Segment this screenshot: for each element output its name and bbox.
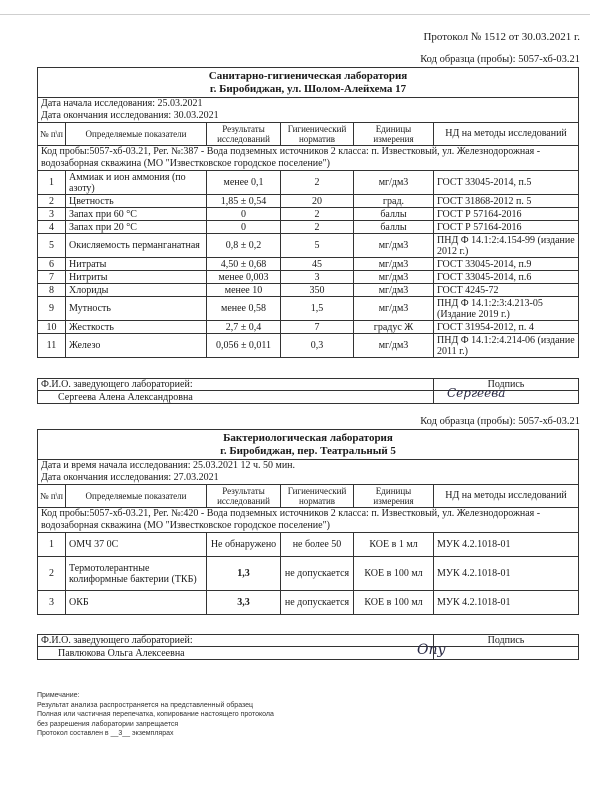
cell-norm: 7 <box>281 321 354 334</box>
cell-norm: 350 <box>281 284 354 297</box>
cell-unit: мг/дм3 <box>354 271 434 284</box>
cell-unit: баллы <box>354 208 434 221</box>
sample-code-bacterio: Код образца (пробы): 5057-хб-03.21 <box>420 416 580 427</box>
cell-name: Нитриты <box>66 271 207 284</box>
table-row: 11Железо0,056 ± 0,0110,3мг/дм3ПНД Ф 14.1… <box>38 334 579 358</box>
cell-norm: 20 <box>281 195 354 208</box>
cell-n: 5 <box>38 234 66 258</box>
cell-norm: 2 <box>281 171 354 195</box>
sample-description: Код пробы:5057-хб-03.21, Рег. №:387 - Во… <box>38 146 579 171</box>
cell-name: Нитраты <box>66 258 207 271</box>
cell-n: 11 <box>38 334 66 358</box>
cell-unit: мг/дм3 <box>354 234 434 258</box>
column-header: Результаты исследований <box>207 485 281 508</box>
cell-result: 2,7 ± 0,4 <box>207 321 281 334</box>
column-header: Гигиенический норматив <box>281 485 354 508</box>
cell-result: 0 <box>207 221 281 234</box>
notes-heading: Примечание: <box>37 691 274 701</box>
cell-name: Железо <box>66 334 207 358</box>
scan-top-edge <box>0 14 590 15</box>
cell-norm: 0,3 <box>281 334 354 358</box>
table-row: 3ОКБ3,3не допускаетсяКОЕ в 100 млМУК 4.2… <box>38 591 579 615</box>
table-row: 1ОМЧ 37 0СНе обнаруженоне более 50КОЕ в … <box>38 533 579 557</box>
sanitary-lab-table: Санитарно-гигиеническая лабораторияг. Би… <box>37 67 579 358</box>
table-row: 5Окисляемость перманганатная0,8 ± 0,25мг… <box>38 234 579 258</box>
cell-method: ПНД Ф 14.1:2:4.214-06 (издание 2011 г.) <box>434 334 579 358</box>
note-line: Результат анализа распространяется на пр… <box>37 701 274 711</box>
cell-method: ГОСТ 4245-72 <box>434 284 579 297</box>
column-header: Гигиенический норматив <box>281 123 354 146</box>
sample-code-sanitary: Код образца (пробы): 5057-хб-03.21 <box>420 54 580 65</box>
date-start: Дата и время начала исследования: 25.03.… <box>38 460 579 473</box>
cell-result: 0 <box>207 208 281 221</box>
cell-norm: 1,5 <box>281 297 354 321</box>
cell-name: Аммиак и ион аммония (по азоту) <box>66 171 207 195</box>
cell-method: ГОСТ Р 57164-2016 <box>434 221 579 234</box>
column-header: № п\п <box>38 485 66 508</box>
cell-method: МУК 4.2.1018-01 <box>434 557 579 591</box>
cell-n: 6 <box>38 258 66 271</box>
cell-unit: градус Ж <box>354 321 434 334</box>
cell-n: 1 <box>38 171 66 195</box>
signature-mark: Сергеева <box>447 386 505 400</box>
cell-n: 2 <box>38 557 66 591</box>
cell-method: ГОСТ 31954-2012, п. 4 <box>434 321 579 334</box>
cell-method: ПНД Ф 14.1:2:3:4.213-05 (Издание 2019 г.… <box>434 297 579 321</box>
cell-unit: КОЕ в 100 мл <box>354 591 434 615</box>
column-header: № п\п <box>38 123 66 146</box>
cell-result: 1,3 <box>207 557 281 591</box>
cell-norm: не допускается <box>281 591 354 615</box>
cell-result: 3,3 <box>207 591 281 615</box>
table-row: 2Термотолерантные колиформные бактерии (… <box>38 557 579 591</box>
cell-method: ГОСТ 31868-2012 п. 5 <box>434 195 579 208</box>
cell-name: Запах при 20 °С <box>66 221 207 234</box>
cell-n: 8 <box>38 284 66 297</box>
cell-method: ГОСТ 33045-2014, п.5 <box>434 171 579 195</box>
cell-norm: 2 <box>281 221 354 234</box>
cell-result: 4,50 ± 0,68 <box>207 258 281 271</box>
table-row: 7Нитритыменее 0,0033мг/дм3ГОСТ 33045-201… <box>38 271 579 284</box>
bacterio-head-signature: Ф.И.О. заведующего лабораторией:Подпись … <box>37 634 579 660</box>
cell-unit: град. <box>354 195 434 208</box>
cell-method: ГОСТ 33045-2014, п.9 <box>434 258 579 271</box>
table-row: 2Цветность1,85 ± 0,5420град.ГОСТ 31868-2… <box>38 195 579 208</box>
table-row: 9Мутностьменее 0,581,5мг/дм3ПНД Ф 14.1:2… <box>38 297 579 321</box>
table-row: 8Хлоридыменее 10350мг/дм3ГОСТ 4245-72 <box>38 284 579 297</box>
cell-n: 7 <box>38 271 66 284</box>
note-line: Протокол составлен в __3__ экземплярах <box>37 729 274 739</box>
cell-result: 0,8 ± 0,2 <box>207 234 281 258</box>
cell-name: Жесткость <box>66 321 207 334</box>
cell-n: 3 <box>38 591 66 615</box>
cell-unit: КОЕ в 100 мл <box>354 557 434 591</box>
cell-norm: 45 <box>281 258 354 271</box>
cell-unit: мг/дм3 <box>354 284 434 297</box>
cell-result: 1,85 ± 0,54 <box>207 195 281 208</box>
cell-n: 4 <box>38 221 66 234</box>
cell-name: ОМЧ 37 0С <box>66 533 207 557</box>
column-header: НД на методы исследований <box>434 123 579 146</box>
cell-result: менее 0,58 <box>207 297 281 321</box>
head-name: Сергеева Алена Александровна <box>38 391 434 404</box>
sample-description: Код пробы:5057-хб-03.21, Рег. №:420 - Во… <box>38 508 579 533</box>
cell-result: менее 0,003 <box>207 271 281 284</box>
table-row: 4Запах при 20 °С02баллыГОСТ Р 57164-2016 <box>38 221 579 234</box>
table-row: 10Жесткость2,7 ± 0,47градус ЖГОСТ 31954-… <box>38 321 579 334</box>
note-line: Полная или частичная перепечатка, копиро… <box>37 710 274 720</box>
cell-n: 2 <box>38 195 66 208</box>
cell-norm: не допускается <box>281 557 354 591</box>
cell-method: ПНД Ф 14.1:2:4.154-99 (издание 2012 г.) <box>434 234 579 258</box>
note-line: без разрешения лаборатории запрещается <box>37 720 274 730</box>
cell-n: 1 <box>38 533 66 557</box>
signature-mark: Опу <box>417 642 446 658</box>
cell-method: ГОСТ Р 57164-2016 <box>434 208 579 221</box>
column-header: Единицы измерения <box>354 485 434 508</box>
cell-n: 10 <box>38 321 66 334</box>
cell-name: Термотолерантные колиформные бактерии (Т… <box>66 557 207 591</box>
head-label: Ф.И.О. заведующего лабораторией: <box>38 379 434 391</box>
cell-unit: баллы <box>354 221 434 234</box>
cell-method: ГОСТ 33045-2014, п.6 <box>434 271 579 284</box>
bacterio-lab-table: Бактериологическая лабораторияг. Биробид… <box>37 429 579 615</box>
cell-result: менее 10 <box>207 284 281 297</box>
cell-norm: 3 <box>281 271 354 284</box>
cell-name: Хлориды <box>66 284 207 297</box>
notes: Примечание:Результат анализа распростран… <box>37 691 274 739</box>
signature-label: Подпись <box>434 635 579 647</box>
cell-name: ОКБ <box>66 591 207 615</box>
cell-name: Запах при 60 °С <box>66 208 207 221</box>
table-row: 1Аммиак и ион аммония (по азоту)менее 0,… <box>38 171 579 195</box>
cell-norm: 5 <box>281 234 354 258</box>
cell-name: Мутность <box>66 297 207 321</box>
table-row: 3Запах при 60 °С02баллыГОСТ Р 57164-2016 <box>38 208 579 221</box>
cell-method: МУК 4.2.1018-01 <box>434 591 579 615</box>
column-header: Определяемые показатели <box>66 123 207 146</box>
cell-result: менее 0,1 <box>207 171 281 195</box>
head-name: Павлюкова Ольга Алексеевна <box>38 647 434 660</box>
date-start: Дата начала исследования: 25.03.2021 <box>38 98 579 111</box>
column-header: Единицы измерения <box>354 123 434 146</box>
cell-n: 9 <box>38 297 66 321</box>
lab-title: Бактериологическая лабораторияг. Биробид… <box>38 430 579 460</box>
cell-unit: мг/дм3 <box>354 334 434 358</box>
date-end: Дата окончания исследования: 27.03.2021 <box>38 472 579 485</box>
cell-unit: мг/дм3 <box>354 258 434 271</box>
cell-n: 3 <box>38 208 66 221</box>
cell-norm: 2 <box>281 208 354 221</box>
cell-name: Цветность <box>66 195 207 208</box>
cell-result: Не обнаружено <box>207 533 281 557</box>
cell-name: Окисляемость перманганатная <box>66 234 207 258</box>
cell-unit: КОЕ в 1 мл <box>354 533 434 557</box>
column-header: Результаты исследований <box>207 123 281 146</box>
cell-unit: мг/дм3 <box>354 297 434 321</box>
protocol-number: Протокол № 1512 от 30.03.2021 г. <box>423 31 580 43</box>
lab-title: Санитарно-гигиеническая лабораторияг. Би… <box>38 68 579 98</box>
cell-method: МУК 4.2.1018-01 <box>434 533 579 557</box>
column-header: Определяемые показатели <box>66 485 207 508</box>
cell-norm: не более 50 <box>281 533 354 557</box>
cell-result: 0,056 ± 0,011 <box>207 334 281 358</box>
column-header: НД на методы исследований <box>434 485 579 508</box>
sanitary-head-signature: Ф.И.О. заведующего лабораторией:Подпись … <box>37 378 579 404</box>
date-end: Дата окончания исследования: 30.03.2021 <box>38 110 579 123</box>
cell-unit: мг/дм3 <box>354 171 434 195</box>
head-label: Ф.И.О. заведующего лабораторией: <box>38 635 434 647</box>
table-row: 6Нитраты4,50 ± 0,6845мг/дм3ГОСТ 33045-20… <box>38 258 579 271</box>
